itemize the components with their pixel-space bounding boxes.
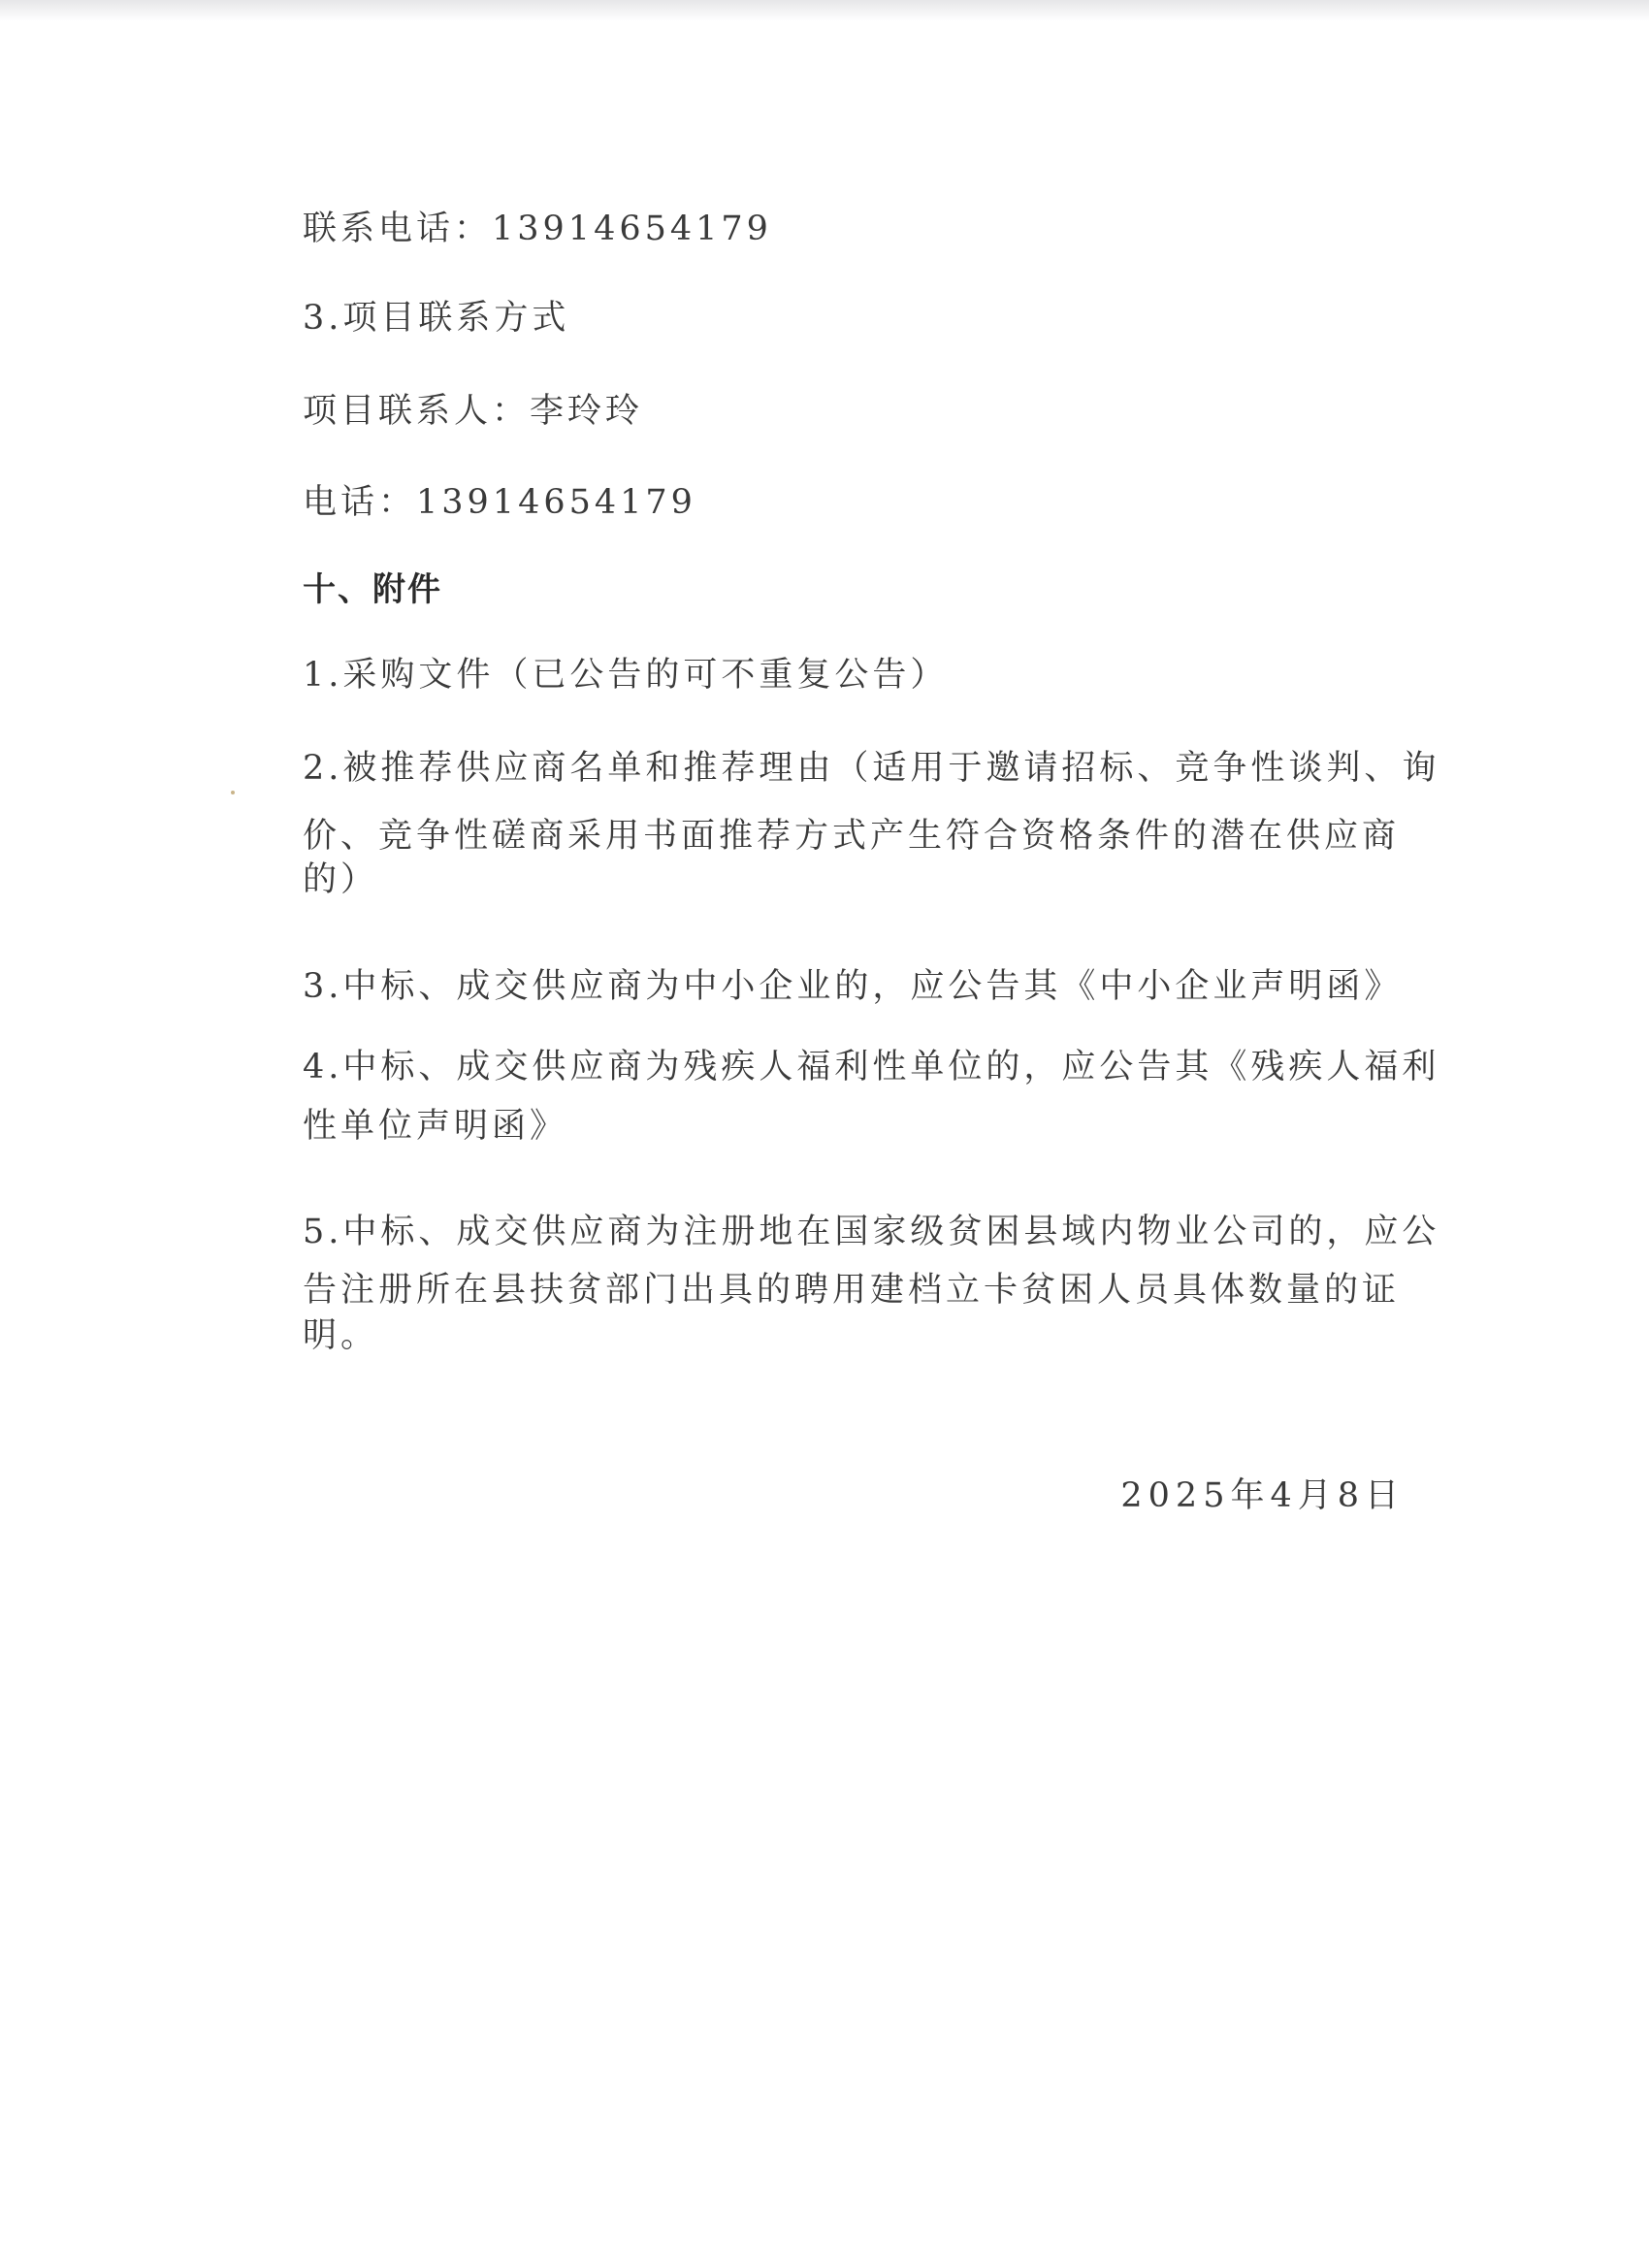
attachment-line: 明。 [303,1316,378,1355]
project-contact-phone: 电话：13914654179 [303,483,696,522]
attachment-line: 1.采购文件（已公告的可不重复公告） [303,656,948,695]
document-date: 2025年4月8日 [1120,1476,1405,1515]
attachment-line: 性单位声明函》 [303,1107,567,1146]
attachment-line: 价、竞争性磋商采用书面推荐方式产生符合资格条件的潜在供应商 [303,817,1400,856]
attachments-heading: 十、附件 [303,570,442,609]
scan-top-shadow [0,0,1649,21]
attachment-line: 2.被推荐供应商名单和推荐理由（适用于邀请招标、竞争性谈判、询 [303,749,1439,788]
contact-phone: 联系电话：13914654179 [303,210,772,248]
attachment-line: 3.中标、成交供应商为中小企业的，应公告其《中小企业声明函》 [303,967,1402,1006]
attachment-line: 5.中标、成交供应商为注册地在国家级贫困县域内物业公司的，应公 [303,1213,1439,1251]
attachment-line: 告注册所在县扶贫部门出具的聘用建档立卡贫困人员具体数量的证 [303,1271,1400,1310]
attachment-line: 的） [303,860,378,899]
project-contact-person: 项目联系人：李玲玲 [303,392,643,431]
section-title-project-contact: 3.项目联系方式 [303,299,569,338]
attachment-line: 4.中标、成交供应商为残疾人福利性单位的，应公告其《残疾人福利 [303,1048,1439,1086]
scan-speck [231,791,235,794]
